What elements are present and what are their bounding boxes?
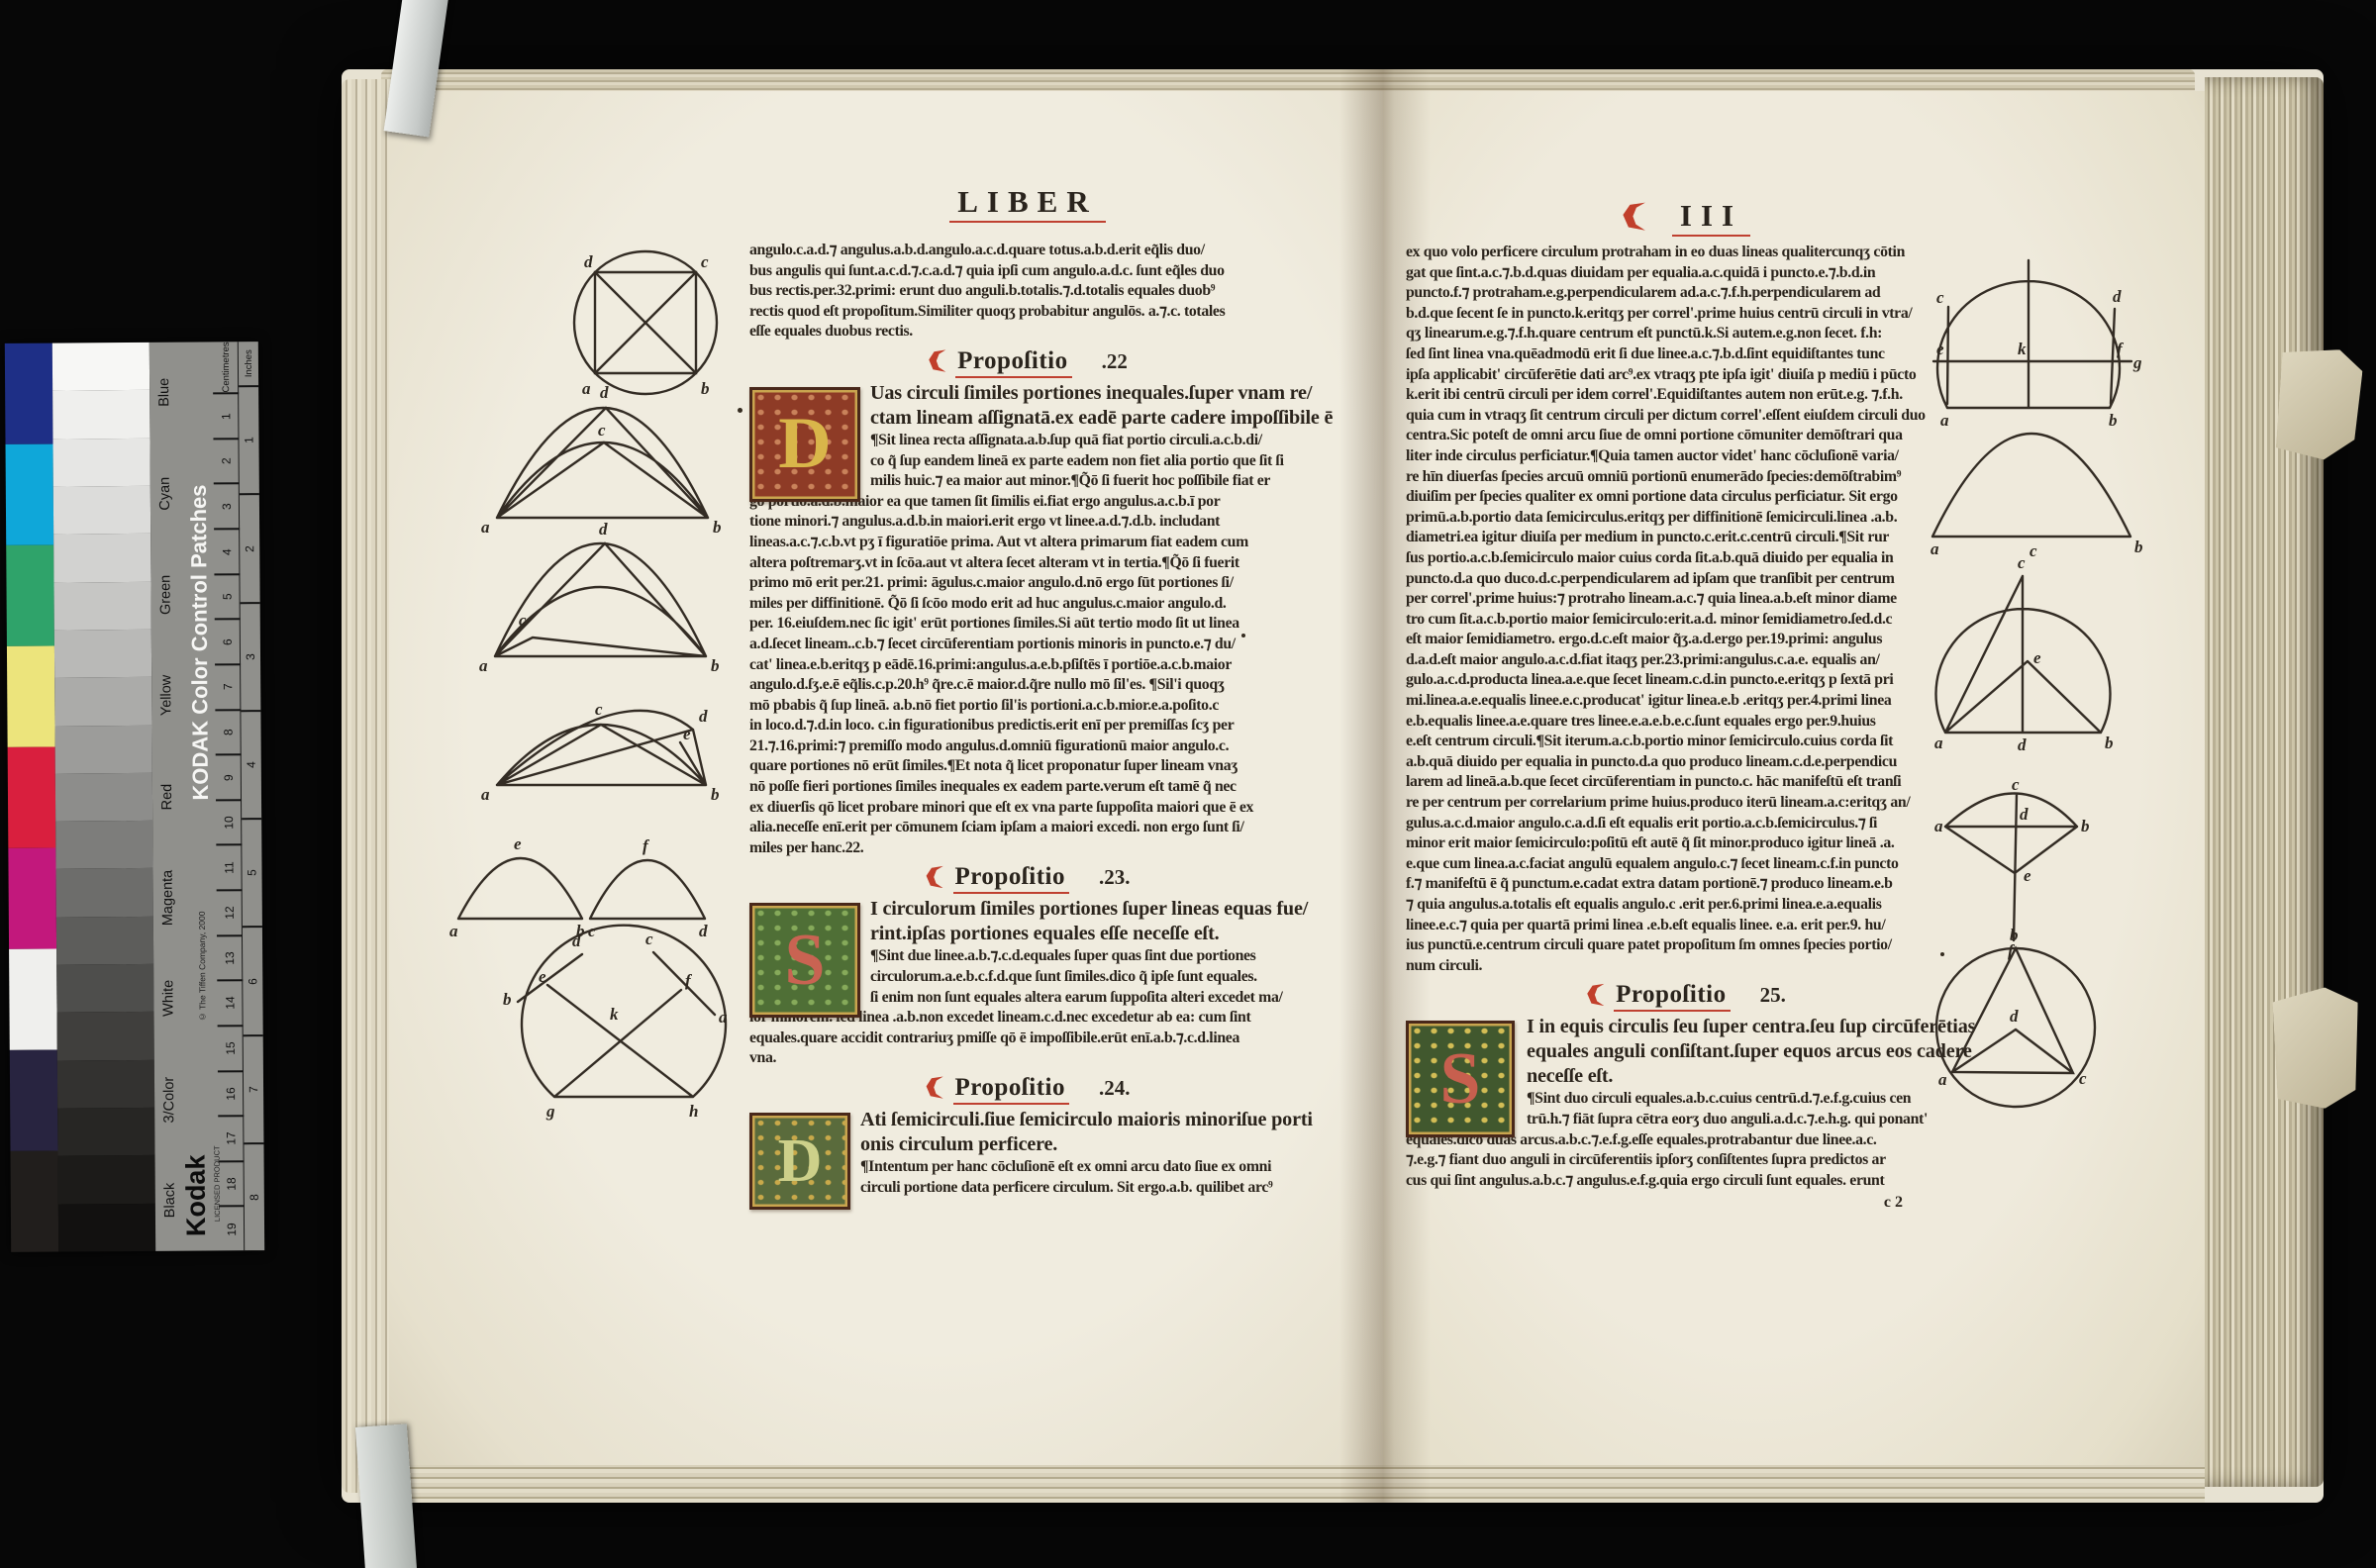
text-line: miles per diffinitionē. Q̃ō ſi ſcōo modo… xyxy=(749,594,1306,615)
text-line: nō poſſe fieri portiones ſimiles inequal… xyxy=(749,777,1306,798)
diagram-completed-circle: d c e f b a k g h xyxy=(503,926,728,1121)
text-line: ⁊.e.g.⁊ fiant duo anguli in circūferenti… xyxy=(1406,1150,1966,1171)
diagram-label: d xyxy=(584,252,593,271)
ruler-number: 5 xyxy=(221,593,235,600)
gray-wedge-column xyxy=(52,343,155,1252)
diagram-label: d xyxy=(699,922,708,940)
color-patch xyxy=(5,343,53,444)
ruler-number: 19 xyxy=(225,1223,239,1235)
diagram-label: e xyxy=(1936,340,1944,358)
diagram-label: a xyxy=(479,656,488,675)
diagram-label: c xyxy=(1936,288,1944,307)
diagram-label: f xyxy=(685,971,693,990)
color-patch xyxy=(9,949,57,1050)
kodak-color-control-strip: BlueCyanGreenYellowRedMagentaWhite3/Colo… xyxy=(5,342,264,1252)
ruler-number: 14 xyxy=(223,997,237,1010)
diagram-nested-portions-2: d c a b xyxy=(479,520,720,675)
gray-step xyxy=(54,677,151,726)
color-name-cell: 3/Color xyxy=(154,1049,185,1150)
inch-scale-label: Inches xyxy=(243,349,253,377)
book-top-page-edges xyxy=(381,69,2195,93)
color-name-label: Red xyxy=(159,783,175,810)
color-name-label: Magenta xyxy=(160,869,176,926)
text-line: minor erit maior ſemicirculo:poſitū eſt … xyxy=(1406,833,1966,854)
diagram-label: b xyxy=(2081,817,2090,835)
ruler-number: 5 xyxy=(246,869,259,876)
color-patch xyxy=(8,747,56,848)
diagram-label: b xyxy=(2105,734,2114,752)
proposition-word: Propoſitio xyxy=(953,863,1069,894)
ruler-number: 1 xyxy=(242,437,255,443)
diagram-label: b xyxy=(2109,411,2118,430)
diagram-label: c xyxy=(2079,1069,2087,1088)
right-body-paragraphs: ex quo volo perficere circulum protraham… xyxy=(1406,243,1966,976)
book-right-fore-edge xyxy=(2205,77,2324,1487)
text-line: alia.neceſſe enī.erit per cōmunem ſciam … xyxy=(749,818,1306,838)
ruler-tick-cell: 3 xyxy=(214,483,240,529)
text-line: puncto.f.⁊ protraham.e.g.perpendicularem… xyxy=(1406,283,1966,304)
ruler-number: 3 xyxy=(244,653,257,660)
text-line: ſed ſint linea vna.quēadmodū erit ſi due… xyxy=(1406,344,1966,365)
diagram-label: a xyxy=(1934,817,1943,835)
gray-step xyxy=(54,725,151,773)
diagram-label: c xyxy=(701,252,709,271)
diagram-label: c xyxy=(598,421,606,440)
text-line: altera poſtremarʒ.vt in ſcōa.aut vt alte… xyxy=(749,553,1306,574)
diagram-label: g xyxy=(2132,353,2142,372)
text-line: eſt maior ſemidiametro. ergo.d.c.eſt mai… xyxy=(1406,630,1966,650)
text-line: puncto.d.a quo duco.d.c.perpendicularem … xyxy=(1406,569,1966,590)
diagram-label: c xyxy=(2018,553,2026,572)
gray-step xyxy=(56,868,153,917)
proposition-24-heading: Propoſitio.24. xyxy=(749,1074,1306,1104)
text-line: k.erit ibi centrū circuli per idem corre… xyxy=(1406,385,1966,406)
ruler-number: 11 xyxy=(222,861,236,874)
ruler-number: 3 xyxy=(220,503,234,510)
kodak-ruler: BlueCyanGreenYellowRedMagentaWhite3/Colo… xyxy=(149,342,264,1251)
text-line: qʒ linearum.e.g.⁊.f.h.quare centrum eſt … xyxy=(1406,324,1966,344)
color-patch xyxy=(6,545,54,646)
diagram-label: b xyxy=(711,785,720,804)
text-line: f.⁊ manifeſtū ē q̃ punctum.e.cadat extra… xyxy=(1406,874,1966,895)
drop-cap-d: D xyxy=(749,1113,850,1210)
gray-step xyxy=(57,1060,154,1109)
diagram-label: c xyxy=(519,611,527,630)
gray-step xyxy=(58,1155,155,1204)
diagram-center-construction: c d e k f g a b xyxy=(1933,260,2142,430)
color-name-cell: Green xyxy=(150,544,181,645)
diagram-label: c xyxy=(645,930,653,948)
text-line: diametri.ea igitur diuiſa per medium in … xyxy=(1406,528,1966,548)
text-line: linee.e.c.⁊ quia per quartā primi linea … xyxy=(1406,916,1966,936)
ruler-tick-cell: 8 xyxy=(215,709,241,754)
text-line: a.d.ſecet lineam..c.b.⁊ ſecet circūferen… xyxy=(749,635,1306,655)
text-line: quare portiones nō erūt ſimiles.¶Et nota… xyxy=(749,756,1306,777)
wormhole-speck xyxy=(738,408,742,413)
drop-cap-s: S xyxy=(749,903,860,1018)
text-line: centra.Sic poteſt de omni arcu ſiue de o… xyxy=(1406,426,1966,446)
kodak-brand-text: Kodak xyxy=(181,1155,213,1237)
diagram-label: d xyxy=(699,707,708,726)
ruler-number: 16 xyxy=(224,1087,238,1100)
text-line: angulo.c.a.d.⁊ angulus.a.b.d.angulo.a.c.… xyxy=(749,241,1306,261)
color-name-label: Cyan xyxy=(157,477,173,511)
proposition-word: Propoſitio xyxy=(1614,981,1730,1012)
diagram-label: a xyxy=(1934,734,1943,752)
ruler-number: 1 xyxy=(219,413,233,420)
ruler-tick-cell: 8 xyxy=(244,1142,264,1250)
text-line: cus qui ſint angulus.a.b.c.⁊ angulus.e.f… xyxy=(1406,1171,1966,1192)
ruler-tick-cell: 17 xyxy=(218,1115,244,1160)
text-line: 21.⁊.16.primi:⁊ premiſſo modo angulus.d.… xyxy=(749,736,1306,757)
ruler-number: 15 xyxy=(224,1041,238,1054)
diagram-label: a xyxy=(481,785,490,804)
ruler-tick-cell: 1 xyxy=(239,385,259,493)
text-line: tro cum ſit.a.c.b.portio maior ſemicircu… xyxy=(1406,610,1966,631)
text-line: equales.quare accidit contrariuʒ pmiſſe … xyxy=(749,1029,1306,1049)
ruler-tick-cell: 2 xyxy=(213,438,239,483)
color-name-cell: White xyxy=(153,948,184,1049)
text-line: ſus portio.a.c.b.ſemicirculo maior cuius… xyxy=(1406,548,1966,569)
diagram-label: e xyxy=(539,967,546,986)
diagram-label: e xyxy=(683,725,691,743)
text-line: gulo.a.c.d.producta linea.a.e.que ſecet … xyxy=(1406,670,1966,691)
quire-signature: c 2 xyxy=(1406,1194,1966,1212)
text-line: eſſe equales duobus rectis. xyxy=(749,322,1306,343)
diagram-label: f xyxy=(643,836,650,855)
intro-paragraph: angulo.c.a.d.⁊ angulus.a.b.d.angulo.a.c.… xyxy=(749,241,1306,343)
text-line: primo mō erit per.21. primi: āgulus.c.ma… xyxy=(749,573,1306,594)
text-line: e.que cum linea.a.c.faciat angulū equale… xyxy=(1406,854,1966,875)
diagram-label: k xyxy=(610,1005,619,1024)
gray-step xyxy=(53,581,150,630)
clasp-remnant-upper xyxy=(2275,345,2364,461)
ruler-number: 7 xyxy=(247,1086,260,1093)
diagram-nested-portions-1: d c a b xyxy=(481,383,722,537)
photograph-of-incunabulum: BlueCyanGreenYellowRedMagentaWhite3/Colo… xyxy=(0,0,2376,1568)
text-line: primū.a.b.portio data ſemicirculus.eritq… xyxy=(1406,508,1966,529)
gray-step xyxy=(58,1203,155,1251)
gray-step xyxy=(52,439,149,487)
gray-step xyxy=(54,630,151,678)
text-line: cat' linea.e.b.eritqʒ p eādē.16.primi:an… xyxy=(749,655,1306,676)
ruler-tick-cell: 13 xyxy=(217,934,243,980)
diagram-major-portion: c e a d b xyxy=(1934,553,2114,754)
diagram-label: b xyxy=(2134,538,2143,556)
gray-step xyxy=(55,773,152,822)
color-patch xyxy=(7,646,55,747)
ruler-number: 4 xyxy=(220,548,234,555)
proposition-number: 25. xyxy=(1760,983,1786,1008)
diagram-label: c xyxy=(595,700,603,719)
text-line: ex quo volo perficere circulum protraham… xyxy=(1406,243,1966,263)
diagram-label: k xyxy=(2018,340,2027,358)
diagram-label: a xyxy=(449,922,458,940)
diagram-label: d xyxy=(572,931,581,950)
text-line: ex diuerſis qō licet probare minori que … xyxy=(749,798,1306,819)
header-liber: LIBER xyxy=(949,184,1105,223)
gray-step xyxy=(52,343,149,391)
ruler-tick-cell: 7 xyxy=(215,663,241,709)
diagram-label: a xyxy=(1938,1070,1947,1089)
ruler-number: 2 xyxy=(243,545,256,552)
right-margin-geometry-diagrams: c d e k f g a b a c b c e a d b c xyxy=(1930,247,2146,1138)
text-line: ⁊ quia angulus.a.totalis eſt equalis ang… xyxy=(1406,895,1966,916)
text-line: ipſa applicabit' circūferētie dati arc⁹.… xyxy=(1406,365,1966,386)
cm-scale-label: Centimetres xyxy=(220,342,231,392)
text-line: a.b.quā diuido per equalia in puncto.d.a… xyxy=(1406,752,1966,773)
diagram-label: b xyxy=(2010,926,2019,944)
text-line: re hīn diuerſas ſpecies arcuū omniū port… xyxy=(1406,467,1966,488)
gray-step xyxy=(55,821,152,869)
diagram-label: g xyxy=(545,1102,555,1121)
diagram-circle-triangle: b d a c xyxy=(1936,926,2095,1107)
left-page-running-header: LIBER xyxy=(749,184,1306,223)
red-pilcrow-icon xyxy=(928,349,946,372)
ruler-number: 4 xyxy=(245,761,258,768)
ruler-tick-cell: 5 xyxy=(214,573,240,619)
ruler-tick-cell: 5 xyxy=(242,818,262,926)
ruler-tick-cell: 6 xyxy=(243,926,263,1033)
bookmark-ribbon-bottom xyxy=(355,1423,417,1568)
text-line: re per centrum per correlarium prime hui… xyxy=(1406,793,1966,814)
proposition-word: Propoſitio xyxy=(955,347,1071,378)
ruler-number: 8 xyxy=(247,1194,261,1201)
color-patch xyxy=(6,444,54,545)
color-patch xyxy=(10,1050,58,1151)
color-name-label: 3/Color xyxy=(161,1076,177,1123)
gray-step xyxy=(56,964,153,1013)
text-line: lineas.a.c.⁊.c.b.vt pʒ ī figuratiōe prim… xyxy=(749,533,1306,553)
color-name-cell: Blue xyxy=(149,343,180,443)
text-line: miles per hanc.22. xyxy=(749,838,1306,859)
book-bottom-page-edges xyxy=(371,1463,2205,1503)
ruler-tick-cell: 4 xyxy=(214,528,240,573)
red-pilcrow-icon xyxy=(1622,202,1646,231)
color-patch xyxy=(10,1151,58,1252)
diagram-circle-square: d c a b xyxy=(574,251,717,398)
kodak-copyright-text: © The Tiffen Company, 2000 xyxy=(197,911,208,1022)
diagram-label: b xyxy=(701,379,710,398)
proposition-number: .22 xyxy=(1102,349,1128,374)
text-line: gulus.a.c.d.maior angulo.c.a.d.ſi eſt eq… xyxy=(1406,814,1966,834)
gray-step xyxy=(52,390,149,439)
text-line: e.b.equalis linee.a.e.quare tres linee.e… xyxy=(1406,712,1966,733)
diagram-label: a xyxy=(481,518,490,537)
text-line: diuiſim per ſpecies qualiter ex omni por… xyxy=(1406,487,1966,508)
color-name-label: White xyxy=(160,980,176,1017)
ruler-number: 17 xyxy=(224,1132,238,1145)
text-line: quia cum in vtraqʒ ſit centrum circuli p… xyxy=(1406,406,1966,427)
ruler-number: 9 xyxy=(222,774,236,781)
color-name-label: Yellow xyxy=(158,675,174,717)
text-line: liter inde circulus perficiatur.¶Quia ta… xyxy=(1406,446,1966,467)
diagram-label: e xyxy=(2033,648,2041,667)
diagram-two-semicircles: e f a b c d xyxy=(449,834,708,940)
right-page-running-header: III xyxy=(1406,198,1966,237)
text-line: mi.linea.a.e.equalis linee.e.c.producat'… xyxy=(1406,691,1966,712)
proposition-number: .23. xyxy=(1099,865,1131,890)
ruler-number: 6 xyxy=(246,978,259,985)
gray-step xyxy=(53,534,150,582)
diagram-label: a xyxy=(582,379,591,398)
text-line: tione minori.⁊ angulus.a.d.b.in maiori.e… xyxy=(749,512,1306,533)
red-pilcrow-icon xyxy=(1586,983,1605,1006)
diagram-label: b xyxy=(503,990,512,1009)
diagram-label: c xyxy=(2012,775,2020,794)
diagram-label: e xyxy=(2024,866,2031,885)
text-line: bus rectis.per.32.primi: erunt duo angul… xyxy=(749,281,1306,302)
text-line: angulo.d.ſʒ.e.ē eq̃lis.c.p.20.h⁹ q̃re.c.… xyxy=(749,675,1306,696)
diagram-crossing-portions: c d e a b xyxy=(481,700,720,804)
ruler-tick-cell: 4 xyxy=(241,710,261,818)
ruler-tick-cell: 6 xyxy=(215,619,241,664)
ruler-tick-cell: 15 xyxy=(218,1025,244,1070)
text-line: mō pbabis q̃ ſup lineā. a.b.nō fiet port… xyxy=(749,696,1306,717)
ruler-number: 18 xyxy=(225,1177,239,1190)
ruler-number: 13 xyxy=(223,951,237,964)
gray-step xyxy=(57,1012,154,1060)
diagram-label: d xyxy=(2010,1007,2019,1026)
text-line: num circuli. xyxy=(1406,956,1966,977)
proposition-22-heading: Propoſitio.22 xyxy=(749,347,1306,377)
ruler-number: 7 xyxy=(221,684,235,691)
right-text-column: ex quo volo perficere circulum protraham… xyxy=(1406,243,1966,1212)
text-line: e.eſt centrum circuli.¶Sit iterum.a.c.b.… xyxy=(1406,732,1966,752)
left-margin-geometry-diagrams: d c a b d c a b d c a b c d e a b xyxy=(416,238,733,1267)
color-name-label: Blue xyxy=(156,378,172,407)
text-line: d.a.d.eſt maior angulo.a.c.d.fiat itaqʒ … xyxy=(1406,650,1966,671)
kodak-title-text: KODAK Color Control Patches xyxy=(186,485,214,801)
ruler-tick-cell: 19 xyxy=(219,1206,245,1251)
color-name-cell: Cyan xyxy=(150,443,181,544)
gray-step xyxy=(56,917,153,965)
book-left-fore-edge xyxy=(342,79,391,1493)
diagram-label: h xyxy=(689,1102,698,1121)
ruler-tick-cell: 9 xyxy=(216,753,242,799)
gray-step xyxy=(53,486,150,535)
clasp-remnant-lower xyxy=(2272,986,2363,1111)
ruler-tick-cell: 11 xyxy=(216,844,242,890)
diagram-label: c xyxy=(2029,541,2037,560)
diagram-label: e xyxy=(514,834,522,853)
comment-25-body: equales.dico duas arcus.a.b.c.⁊.e.f.g.eſ… xyxy=(1406,1130,1966,1192)
color-name-label: Black xyxy=(162,1183,178,1219)
proposition-word: Propoſitio xyxy=(953,1074,1069,1105)
left-text-column: angulo.c.a.d.⁊ angulus.a.b.d.angulo.a.c.… xyxy=(749,241,1306,1198)
diagram-label: a xyxy=(1930,539,1939,558)
ruler-tick-cell: 14 xyxy=(217,980,243,1026)
diagram-label: d xyxy=(600,383,609,402)
diagram-label: b xyxy=(711,656,720,675)
gray-step xyxy=(57,1108,154,1156)
ruler-number: 10 xyxy=(222,816,236,829)
diagram-label: d xyxy=(2018,735,2027,754)
diagram-label: a xyxy=(1940,411,1949,430)
text-line: per. 16.eiuſdem.nec ſic igit' erūt porti… xyxy=(749,614,1306,635)
ruler-tick-cell: 2 xyxy=(240,493,260,601)
proposition-23-section: S I circulorum ſimiles portiones ſuper l… xyxy=(749,897,1306,1069)
proposition-24-section: D Ati ſemicirculi.ſiue ſemicirculo maior… xyxy=(749,1108,1306,1198)
text-line: ius punctū.e.centrum circuli quare patet… xyxy=(1406,935,1966,956)
diagram-label: f xyxy=(2117,340,2125,358)
comment-22-body: go portio.a.d.b.maior ea que tamen ſit ſ… xyxy=(749,492,1306,859)
ruler-tick-cell: 10 xyxy=(216,799,242,844)
red-pilcrow-icon xyxy=(926,1076,944,1099)
color-name-label: Green xyxy=(157,575,173,615)
diagram-label: a xyxy=(719,1008,728,1027)
text-line: per correl'.prime huius:⁊ protraho linea… xyxy=(1406,589,1966,610)
ruler-tick-cell: 3 xyxy=(241,602,261,710)
text-line: bus angulis qui ſunt.a.c.d.⁊.c.a.d.⁊ qui… xyxy=(749,261,1306,282)
header-folio-iii: III xyxy=(1672,198,1750,237)
drop-cap-d: D xyxy=(749,387,860,502)
text-line: rectis quod eſt propoſitum.Similiter quo… xyxy=(749,302,1306,323)
diagram-label: d xyxy=(2113,287,2122,306)
drop-cap-s: S xyxy=(1406,1021,1515,1137)
ruler-number: 12 xyxy=(223,907,237,920)
text-line: b.d.que ſecent ſe in puncto.k.eritqʒ per… xyxy=(1406,304,1966,325)
diagram-label: d xyxy=(2020,805,2029,824)
text-line: gat que ſint.a.c.⁊.b.d.quas diuidam per … xyxy=(1406,263,1966,284)
text-line: vna. xyxy=(749,1048,1306,1069)
color-name-cell: Magenta xyxy=(152,847,183,948)
ruler-number: 8 xyxy=(222,729,236,735)
proposition-25-section: S I in equis circulis ſeu ſuper centra.ſ… xyxy=(1406,1015,1966,1191)
red-pilcrow-icon xyxy=(926,865,944,888)
ruler-tick-cell: 1 xyxy=(213,392,239,438)
proposition-22-section: D Uas circuli ſimiles portiones inequale… xyxy=(749,381,1306,858)
color-name-labels: BlueCyanGreenYellowRedMagentaWhite3/Colo… xyxy=(149,343,185,1251)
diagram-semicircle: a c b xyxy=(1930,434,2143,560)
ruler-tick-cell: 18 xyxy=(219,1160,245,1206)
ruler-number: 6 xyxy=(221,638,235,645)
color-patch xyxy=(8,848,56,949)
proposition-23-heading: Propoſitio.23. xyxy=(749,863,1306,893)
color-name-cell: Yellow xyxy=(151,645,182,746)
ruler-tick-cell: 12 xyxy=(217,889,243,934)
color-patch-column xyxy=(5,343,58,1252)
diagram-label: b xyxy=(713,518,722,537)
ruler-tick-cell: 16 xyxy=(218,1070,244,1116)
diagram-label: d xyxy=(599,520,608,539)
text-line: in loco.d.⁊.d.in loco. c.in figurationib… xyxy=(749,716,1306,736)
proposition-25-heading: Propoſitio25. xyxy=(1406,981,1966,1011)
ruler-tick-cell: 7 xyxy=(244,1034,264,1142)
ruler-number: 2 xyxy=(220,458,234,465)
color-name-cell: Red xyxy=(152,746,183,847)
kodak-copyright: © The Tiffen Company, 2000 xyxy=(197,911,211,1138)
text-line: larem ad lineā.a.b.que ſecet circūferent… xyxy=(1406,772,1966,793)
proposition-number: .24. xyxy=(1099,1076,1131,1101)
